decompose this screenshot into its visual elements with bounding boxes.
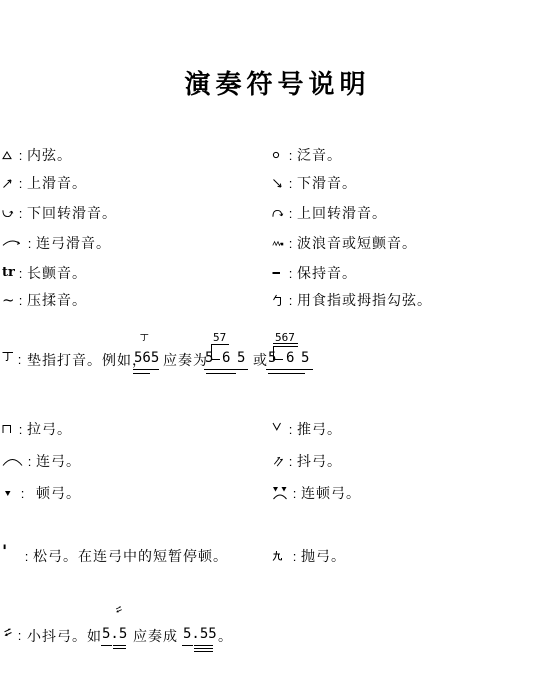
example-label: 垫指打音。例如， bbox=[27, 350, 147, 370]
notation-5-dot-55: 5.55 bbox=[183, 626, 217, 642]
notation-565: 565 bbox=[134, 350, 159, 366]
circle-icon bbox=[272, 151, 284, 159]
colon-separator: : bbox=[16, 486, 29, 501]
example-middle-text: 应奏为 bbox=[163, 350, 208, 370]
entry-label: 内弦。 bbox=[27, 145, 72, 165]
grace-notes: 57 bbox=[213, 332, 226, 343]
entry-label: 上滑音。 bbox=[27, 173, 87, 193]
up-turn-slide-icon bbox=[272, 208, 284, 219]
entry-label: 拉弓。 bbox=[27, 419, 72, 439]
up-slide-arrow-icon bbox=[2, 178, 14, 189]
period-text: 。 bbox=[218, 626, 233, 646]
colon-separator: : bbox=[284, 176, 297, 191]
legend-entry-up-turn-slide: : 上回转滑音。 bbox=[272, 204, 387, 222]
tilde-symbol-text: ~ bbox=[2, 295, 15, 305]
up-bow-icon bbox=[272, 422, 284, 431]
colon-separator: : bbox=[284, 293, 297, 308]
grace-connector-foot bbox=[211, 359, 220, 360]
entry-label: 推弓。 bbox=[297, 419, 342, 439]
down-bow-icon bbox=[2, 424, 14, 434]
colon-separator: : bbox=[13, 628, 26, 643]
legend-row: : 连弓滑音。 : 波浪音或短颤音。 bbox=[0, 234, 555, 252]
colon-separator: : bbox=[284, 148, 297, 163]
legend-row: tr : 长颤音。 : 保持音。 bbox=[0, 264, 555, 282]
legend-entry-slur-slide: : 连弓滑音。 bbox=[2, 234, 111, 252]
main-note: 5 bbox=[205, 350, 213, 366]
entry-label: 连顿弓。 bbox=[301, 483, 361, 503]
tenuto-icon bbox=[272, 271, 284, 275]
small-tremolo-icon bbox=[2, 628, 13, 638]
entry-label: 连弓滑音。 bbox=[36, 233, 111, 253]
entry-label: 长颤音。 bbox=[27, 263, 87, 283]
grace-connector bbox=[211, 344, 212, 359]
underline bbox=[268, 373, 305, 374]
small-tremolo-example-row: : 小抖弓。如 5.5 应奏成 5.55 。 bbox=[0, 600, 555, 660]
legend-entry-throw-bow: : 抛弓。 bbox=[272, 547, 346, 565]
legend-entry-down-slide: : 下滑音。 bbox=[272, 174, 357, 192]
legend-entry-slurred-bow: : 连弓。 bbox=[2, 452, 81, 470]
entry-label: 松弓。在连弓中的短暂停顿。 bbox=[33, 546, 228, 566]
colon-separator: : bbox=[14, 293, 27, 308]
page-title: 演奏符号说明 bbox=[0, 64, 555, 101]
tilde-icon: ~ bbox=[2, 295, 14, 305]
colon-separator: : bbox=[23, 236, 36, 251]
legend-entry-loose-bow: ' : 松弓。在连弓中的短暂停顿。 bbox=[2, 547, 228, 565]
small-tremolo-label: 小抖弓。如 bbox=[27, 626, 102, 646]
entry-label: 上回转滑音。 bbox=[297, 203, 387, 223]
main-note: 6 bbox=[286, 350, 294, 366]
colon-separator: : bbox=[13, 352, 26, 367]
underline bbox=[182, 645, 193, 646]
entry-label: 连弓。 bbox=[36, 451, 81, 471]
colon-separator: : bbox=[288, 549, 301, 564]
legend-entry-wave: : 波浪音或短颤音。 bbox=[272, 234, 417, 252]
legend-entry-inner-string: : 内弦。 bbox=[2, 146, 72, 164]
legend-row: : 内弦。 : 泛音。 bbox=[0, 146, 555, 164]
colon-separator: : bbox=[20, 549, 33, 564]
colon-separator: : bbox=[284, 206, 297, 221]
grace-notes: 567 bbox=[275, 332, 295, 343]
legend-row: : 下回转滑音。 : 上回转滑音。 bbox=[0, 204, 555, 222]
main-note: 5 bbox=[237, 350, 245, 366]
apostrophe-symbol-text: ' bbox=[2, 547, 7, 557]
wave-icon bbox=[272, 239, 284, 248]
grace-beam bbox=[211, 344, 229, 345]
hook-pluck-icon bbox=[272, 294, 284, 307]
throw-bow-icon bbox=[272, 550, 288, 562]
legend-row: ' : 松弓。在连弓中的短暂停顿。 : 抛弓。 bbox=[0, 547, 555, 565]
entry-label: 抛弓。 bbox=[301, 546, 346, 566]
pad-finger-example-row: : 垫指打音。例如， 565 应奏为 5 57 6 5 或 5 567 bbox=[0, 330, 555, 390]
legend-entry-tenuto: : 保持音。 bbox=[272, 264, 357, 282]
colon-separator: : bbox=[284, 454, 297, 469]
grace-beam bbox=[273, 343, 298, 344]
grace-connector bbox=[273, 346, 274, 359]
legend-entry-linked-staccato-bow: : 连顿弓。 bbox=[272, 484, 361, 502]
underline bbox=[194, 645, 213, 646]
entry-label: 压揉音。 bbox=[27, 290, 87, 310]
notation-legend-page: 演奏符号说明 : 内弦。 : 泛音。 : 上滑音。 bbox=[0, 0, 555, 680]
legend-entry-hook-pluck: : 用食指或拇指勾弦。 bbox=[272, 291, 432, 309]
down-turn-slide-icon bbox=[2, 208, 14, 219]
apostrophe-icon: ' bbox=[2, 555, 20, 557]
colon-separator: : bbox=[14, 206, 27, 221]
colon-separator: : bbox=[284, 266, 297, 281]
grace-connector-foot bbox=[273, 359, 283, 360]
legend-entry-up-slide: : 上滑音。 bbox=[2, 174, 87, 192]
entry-label: 波浪音或短颤音。 bbox=[297, 233, 417, 253]
legend-entry-long-trill: tr : 长颤音。 bbox=[2, 264, 87, 282]
small-tremolo-middle-text: 应奏成 bbox=[133, 626, 178, 646]
legend-entry-pull-bow: : 拉弓。 bbox=[2, 420, 72, 438]
down-slide-arrow-icon bbox=[272, 178, 284, 189]
tremolo-bow-icon bbox=[272, 455, 284, 468]
example-or-text: 或 bbox=[253, 350, 268, 370]
entry-label: 泛音。 bbox=[297, 145, 342, 165]
slur-slide-arrow-icon bbox=[2, 237, 23, 249]
legend-entry-staccato-bow: : 顿弓。 bbox=[2, 484, 81, 502]
underline bbox=[101, 645, 112, 646]
colon-separator: : bbox=[284, 236, 297, 251]
legend-row: : 顿弓。 : 连顿弓。 bbox=[0, 484, 555, 502]
notation-group-2: 5 567 6 5 bbox=[268, 330, 320, 380]
colon-separator: : bbox=[288, 486, 301, 501]
legend-entry-press-vibrato: ~ : 压揉音。 bbox=[2, 291, 87, 309]
legend-row: ~ : 压揉音。 : 用食指或拇指勾弦。 bbox=[0, 291, 555, 309]
entry-label: 下回转滑音。 bbox=[27, 203, 117, 223]
underline bbox=[133, 369, 159, 370]
legend-row: : 连弓。 : 抖弓。 bbox=[0, 452, 555, 470]
legend-entry-down-turn-slide: : 下回转滑音。 bbox=[2, 204, 117, 222]
colon-separator: : bbox=[14, 176, 27, 191]
entry-label: 保持音。 bbox=[297, 263, 357, 283]
underline bbox=[204, 369, 248, 370]
grace-beam bbox=[273, 346, 298, 347]
entry-label: 顿弓。 bbox=[36, 483, 81, 503]
colon-separator: : bbox=[14, 422, 27, 437]
colon-separator: : bbox=[14, 148, 27, 163]
pad-finger-small-icon bbox=[140, 333, 149, 342]
underline bbox=[194, 648, 213, 649]
underline bbox=[194, 651, 213, 652]
underline bbox=[266, 369, 313, 370]
linked-staccato-icon bbox=[272, 486, 288, 500]
underline bbox=[113, 648, 126, 649]
entry-label: 下滑音。 bbox=[297, 173, 357, 193]
legend-entry-push-bow: : 推弓。 bbox=[272, 420, 342, 438]
slur-icon bbox=[2, 456, 23, 467]
legend-entry-tremolo-bow: : 抖弓。 bbox=[272, 452, 342, 470]
colon-separator: : bbox=[284, 422, 297, 437]
entry-label: 抖弓。 bbox=[297, 451, 342, 471]
trill-tr-icon: tr bbox=[2, 268, 14, 278]
notation-group-1: 5 57 6 5 bbox=[205, 330, 253, 380]
triangle-icon bbox=[2, 151, 14, 160]
legend-row: : 拉弓。 : 推弓。 bbox=[0, 420, 555, 438]
main-note: 6 bbox=[222, 350, 230, 366]
colon-separator: : bbox=[23, 454, 36, 469]
legend-entry-harmonic: : 泛音。 bbox=[272, 146, 342, 164]
entry-label: 用食指或拇指勾弦。 bbox=[297, 290, 432, 310]
trill-symbol-text: tr bbox=[2, 268, 15, 278]
colon-separator: : bbox=[14, 266, 27, 281]
staccato-icon bbox=[2, 490, 16, 497]
underline bbox=[206, 373, 236, 374]
small-tremolo-mini-icon bbox=[114, 606, 123, 614]
legend-row: : 上滑音。 : 下滑音。 bbox=[0, 174, 555, 192]
main-note: 5 bbox=[301, 350, 309, 366]
underline bbox=[113, 645, 126, 646]
notation-5-dot-5: 5.5 bbox=[102, 626, 127, 642]
underline bbox=[133, 373, 150, 374]
